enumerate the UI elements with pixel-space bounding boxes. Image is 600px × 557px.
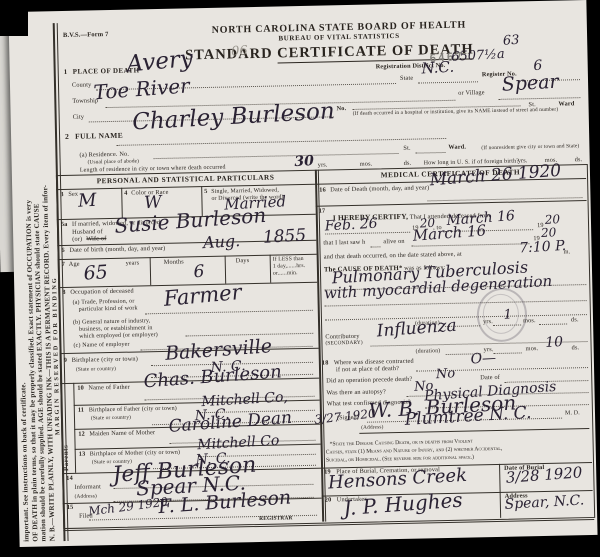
birthplace-label: Birthplace (city or town) xyxy=(72,356,138,364)
city-label: City xyxy=(73,115,85,122)
form-number: B.V.S.—Form 7 xyxy=(63,31,109,39)
section-10-number: 10 xyxy=(77,386,84,393)
attended-to-year-value: 20 xyxy=(544,213,560,226)
full-name-label: FULL NAME xyxy=(75,132,123,141)
township-value: Toe River xyxy=(93,75,190,102)
section-5-number: 5 xyxy=(204,189,207,196)
section-8-number: 8 xyxy=(62,290,65,297)
age-label: Age xyxy=(69,262,80,269)
residence-length-value: 30 xyxy=(294,154,314,169)
ward-label: Ward. xyxy=(448,145,466,152)
section-14-number: 14 xyxy=(66,476,73,483)
ds-label: ds. xyxy=(571,317,579,324)
informant-address-label: (Address) xyxy=(75,494,97,500)
last-saw-label: that I last saw h xyxy=(323,240,365,248)
dotted-line xyxy=(498,96,580,100)
state-or-country-note: (State or country) xyxy=(76,367,116,374)
section-18-number: 18 xyxy=(322,360,329,367)
certificate-paper: important. See instructions on back of c… xyxy=(8,0,597,547)
state-label: State xyxy=(400,76,413,83)
m-label: m. xyxy=(564,249,571,256)
section-1-number: 1 xyxy=(64,69,68,77)
village-value: Spear xyxy=(501,73,559,95)
section-2-number: 2 xyxy=(65,133,69,141)
contracted-value: O— xyxy=(470,351,496,366)
registrar-label: REGISTRAR xyxy=(259,516,293,523)
mos-label: mos. xyxy=(526,346,539,353)
undertaker-address-value: Spear, N.C. xyxy=(504,493,584,511)
st-label: St. xyxy=(528,102,535,109)
dob-year-value: 1855 xyxy=(262,227,306,246)
death-time-value: 7:10 P. xyxy=(519,239,567,256)
abode-note: (Usual place of abode) xyxy=(88,159,140,166)
alive-on-label: alive on xyxy=(383,239,404,246)
days-label: Days xyxy=(236,258,250,265)
mos-label: mos. xyxy=(523,318,536,325)
street-no-label: No. xyxy=(337,106,347,113)
village-label: or Village xyxy=(458,90,485,97)
duration-label: (duration) xyxy=(416,348,441,355)
section-15-number: 15 xyxy=(67,505,74,512)
last-saw-year-value: 20 xyxy=(541,226,557,239)
dotted-line xyxy=(415,151,445,154)
section-4-number: 4 xyxy=(124,191,127,198)
less-than-day-label: If LESS than xyxy=(273,256,304,263)
secondary-label: (SECONDARY) xyxy=(325,341,362,348)
ds-label: ds. xyxy=(572,345,580,352)
autopsy-label: Was there an autopsy? xyxy=(326,389,386,397)
informant-label: Informant xyxy=(74,484,101,491)
operation-value: No xyxy=(436,367,456,381)
dotted-line xyxy=(116,137,446,146)
occupation-a-label: particular kind of work xyxy=(79,305,138,313)
scan-background: important. See instructions on back of c… xyxy=(0,0,600,557)
section-6-number: 6 xyxy=(61,248,64,255)
section-16-number: 16 xyxy=(319,188,326,195)
date-of-label: Date of xyxy=(480,375,500,382)
written-file-number: 63 xyxy=(503,34,520,48)
nonresident-note: (If nonresident give city or town and St… xyxy=(481,144,579,152)
months-label: Months xyxy=(164,259,184,266)
less-than-day-label: or......min. xyxy=(273,270,298,277)
duration-days-value: 10 xyxy=(545,335,564,350)
ward-label: Ward xyxy=(558,101,574,108)
scan-corner-shadow xyxy=(0,0,28,36)
dotted-line xyxy=(418,80,478,83)
dob-month-value: Aug. xyxy=(203,233,241,251)
st-label: St. xyxy=(403,146,410,153)
age-years-value: 65 xyxy=(83,263,108,283)
wife-of-label: Wife of xyxy=(86,236,106,243)
section-12-number: 12 xyxy=(78,432,85,439)
physician-address-label: (Address) xyxy=(361,425,383,431)
section-11-number: 11 xyxy=(78,408,84,415)
section-13-number: 13 xyxy=(79,452,86,459)
section-7-number: 7 xyxy=(62,262,65,269)
section-20-number: 20 xyxy=(325,497,332,504)
less-than-day-label: 1 day,......hrs. xyxy=(273,263,305,270)
county-label: County xyxy=(72,82,92,89)
state-value: N.C. xyxy=(421,60,454,77)
dotted-line xyxy=(370,245,380,247)
mother-label: Maiden Name of Mother xyxy=(89,430,155,438)
md-label: M. D. xyxy=(565,410,580,417)
county-value: Avery xyxy=(126,48,194,77)
age-months-value: 6 xyxy=(193,264,205,282)
pencil-number: 06 xyxy=(231,45,248,59)
years-label: years xyxy=(126,260,140,267)
duration-months-value: 1 xyxy=(503,308,512,321)
state-or-country-note: (State or country) xyxy=(91,416,131,423)
yrs-label: yrs. xyxy=(483,319,493,326)
section-17-number: 17 xyxy=(319,209,326,216)
sex-value: M xyxy=(78,192,97,211)
occupation-label: Occupation of deceased xyxy=(70,289,134,297)
or-label: (or) xyxy=(72,237,82,244)
father-label: Name of Father xyxy=(88,385,130,393)
section-3-number: 3 xyxy=(60,192,63,199)
section-9-number: 9 xyxy=(64,358,67,365)
dotted-line xyxy=(154,152,399,159)
section-5a-number: 5a xyxy=(61,222,68,229)
employer-label: (c) Name of employer xyxy=(73,342,129,350)
registration-district-value: 6507½a xyxy=(451,48,505,64)
contracted-label: if not at place of death? xyxy=(336,366,399,374)
